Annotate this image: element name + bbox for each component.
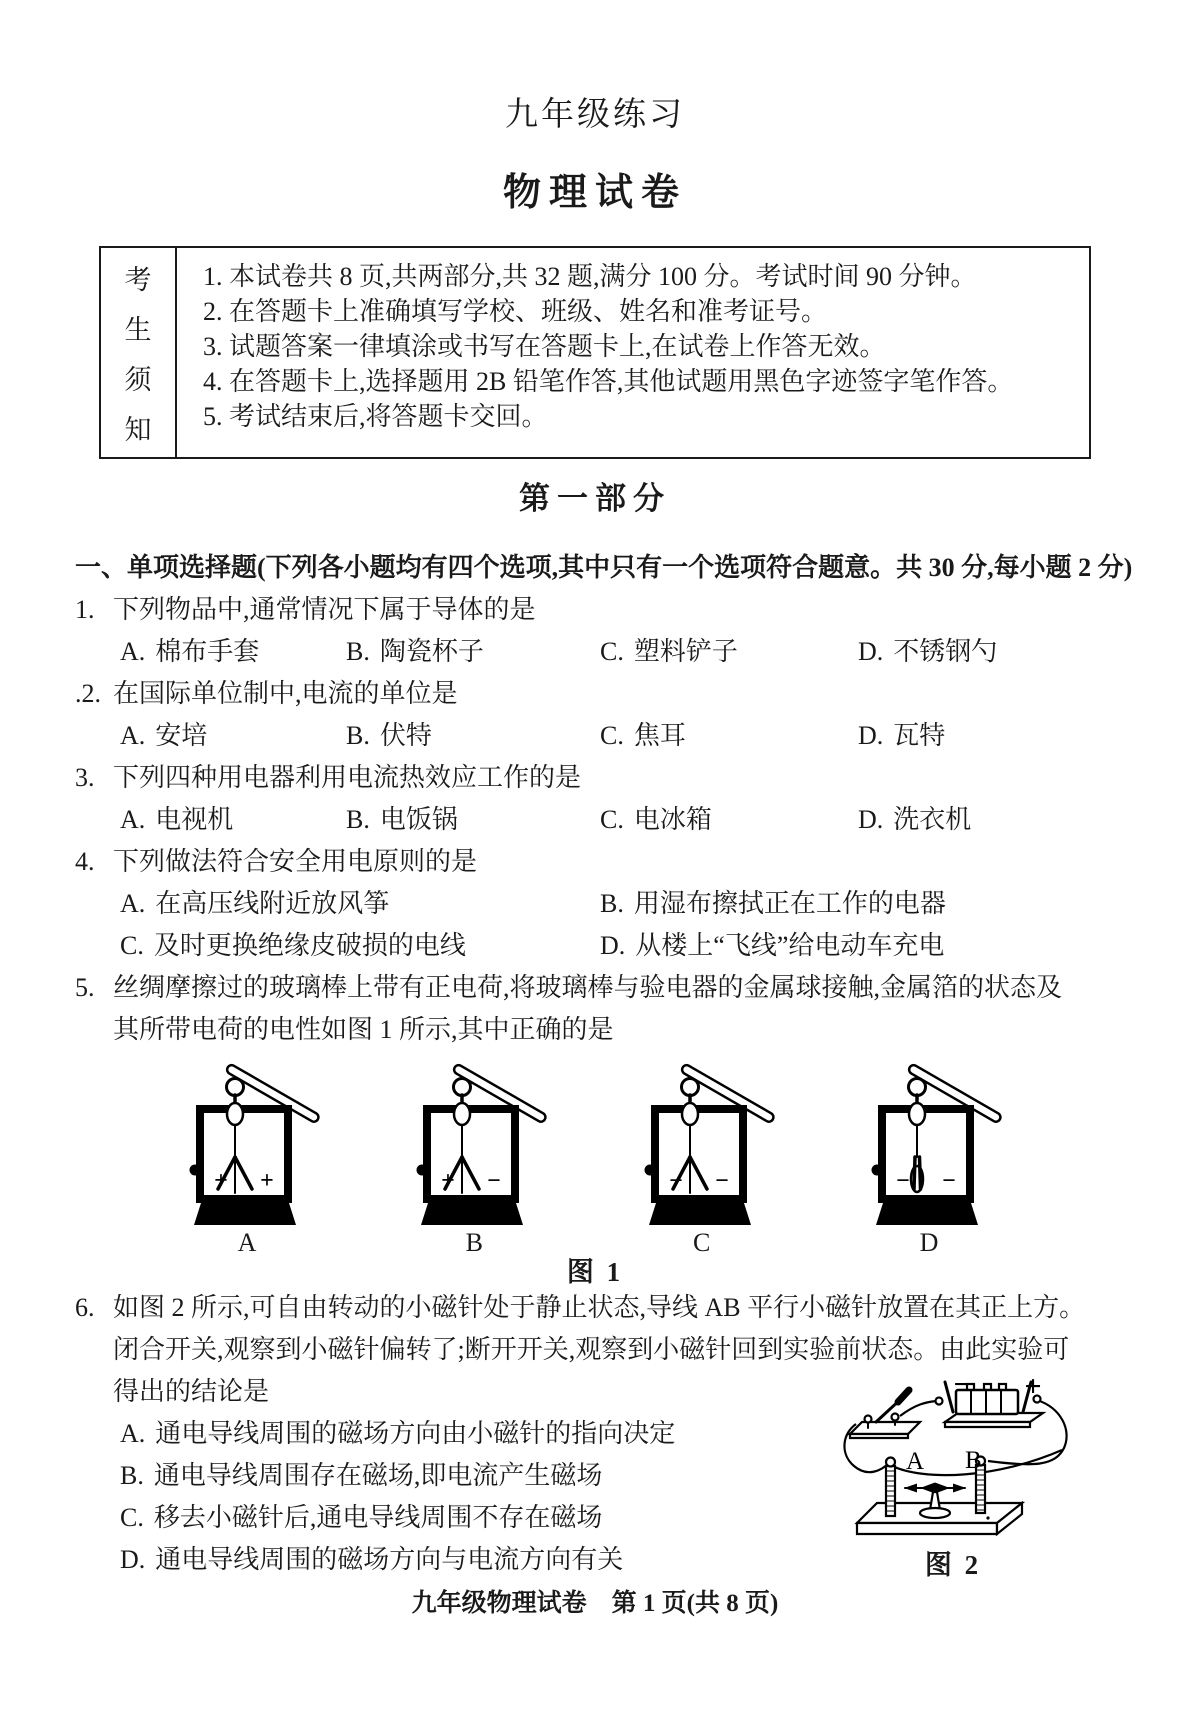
charge-sign-right: − xyxy=(942,1168,956,1194)
notice-item: 3. 试题答案一律填涂或书写在答题卡上,在试卷上作答无效。 xyxy=(203,329,1073,364)
pedestal xyxy=(876,1203,978,1225)
exam-title: 物理试卷 xyxy=(0,161,1190,216)
question-number: 4. xyxy=(75,841,113,883)
metal-ball xyxy=(454,1079,471,1096)
question-6-line2: 闭合开关,观察到小磁针偏转了;断开开关,观察到小磁针回到实验前状态。由此实验可 xyxy=(0,1329,1190,1371)
switch-base-top xyxy=(850,1422,920,1434)
metal-ball xyxy=(227,1079,244,1096)
question-number: 6. xyxy=(75,1287,113,1329)
charge-sign-left: − xyxy=(669,1168,683,1194)
needle-arrow-left xyxy=(904,1484,917,1493)
question-2: .2. 在国际单位制中,电流的单位是 xyxy=(0,673,1190,715)
electroscope-icon: + − xyxy=(415,1057,565,1229)
option-a: A.安培 xyxy=(120,715,346,757)
pedestal xyxy=(649,1203,751,1225)
figure-1-label-b: B xyxy=(415,1229,533,1257)
notice-side-char: 知 xyxy=(125,408,152,447)
battery-minus-label: − xyxy=(953,1370,970,1401)
question-1: 1. 下列物品中,通常情况下属于导体的是 xyxy=(0,589,1190,631)
option-c: C.塑料铲子 xyxy=(600,631,858,673)
notice-side-char: 生 xyxy=(125,308,152,347)
question-4: 4. 下列做法符合安全用电原则的是 xyxy=(0,841,1190,883)
question-2-options: A.安培 B.伏特 C.焦耳 D.瓦特 xyxy=(0,715,1190,757)
notice-item: 4. 在答题卡上,选择题用 2B 铅笔作答,其他试题用黑色字迹签字笔作答。 xyxy=(203,364,1073,399)
figure-1-caption: 图 1 xyxy=(0,1257,1190,1287)
metal-ball xyxy=(681,1079,698,1096)
question-number: .2. xyxy=(75,673,113,715)
post-b-label: B xyxy=(965,1447,982,1474)
notice-side-char: 须 xyxy=(125,358,152,397)
question-3-options: A.电视机 B.电饭锅 C.电冰箱 D.洗衣机 xyxy=(0,799,1190,841)
notice-item: 1. 本试卷共 8 页,共两部分,共 32 题,满分 100 分。考试时间 90… xyxy=(203,259,1073,294)
figure-1-label-a: A xyxy=(188,1229,306,1257)
electroscope-figure-d: − − D xyxy=(870,1057,1020,1257)
post-a-label: A xyxy=(906,1448,924,1475)
stopper xyxy=(682,1103,698,1125)
option-d: D.瓦特 xyxy=(858,715,1190,757)
section-title: 一、单项选择题(下列各小题均有四个选项,其中只有一个选项符合题意。共 30 分,… xyxy=(0,547,1190,589)
charge-sign-left: + xyxy=(441,1168,455,1194)
option-a: A.电视机 xyxy=(120,799,346,841)
question-text: 如图 2 所示,可自由转动的小磁针处于静止状态,导线 AB 平行小磁针放置在其正… xyxy=(113,1287,1085,1329)
stopper xyxy=(454,1103,470,1125)
figure-1-label-c: C xyxy=(643,1229,761,1257)
question-4-options-row1: A.在高压线附近放风筝 B.用湿布擦拭正在工作的电器 xyxy=(0,883,1190,925)
option-c: C.及时更换绝缘皮破损的电线 xyxy=(120,925,600,967)
side-knob xyxy=(871,1165,882,1176)
option-d: D.不锈钢勺 xyxy=(858,631,1190,673)
option-b: B.伏特 xyxy=(346,715,600,757)
figure-2-caption: 图 2 xyxy=(838,1550,1068,1580)
question-6: 6. 如图 2 所示,可自由转动的小磁针处于静止状态,导线 AB 平行小磁针放置… xyxy=(0,1287,1190,1329)
needle-arrow-right xyxy=(953,1484,966,1493)
option-b: B.陶瓷杯子 xyxy=(346,631,600,673)
side-knob xyxy=(644,1165,655,1176)
question-text: 下列物品中,通常情况下属于导体的是 xyxy=(113,589,536,631)
option-a: A.在高压线附近放风筝 xyxy=(120,883,600,925)
battery-plus-label: + xyxy=(1024,1370,1041,1403)
notice-body: 1. 本试卷共 8 页,共两部分,共 32 题,满分 100 分。考试时间 90… xyxy=(177,248,1089,457)
option-b: B.用湿布擦拭正在工作的电器 xyxy=(600,883,1190,925)
post-a-knob xyxy=(886,1458,895,1467)
question-text: 下列做法符合安全用电原则的是 xyxy=(113,841,477,883)
question-text: 下列四种用电器利用电流热效应工作的是 xyxy=(113,757,581,799)
electroscope-icon: + + xyxy=(188,1057,338,1229)
circuit-experiment-icon: − + A B xyxy=(838,1370,1150,1548)
charge-sign-right: + xyxy=(260,1168,274,1194)
charge-sign-right: − xyxy=(715,1168,729,1194)
part-one-heading: 第一部分 xyxy=(0,483,1190,515)
electroscope-icon: − − xyxy=(643,1057,793,1229)
option-d: D.洗衣机 xyxy=(858,799,1190,841)
switch-lever-handle xyxy=(898,1390,909,1402)
question-text: 丝绸摩擦过的玻璃棒上带有正电荷,将玻璃棒与验电器的金属球接触,金属箔的状态及 xyxy=(113,967,1062,1009)
question-text: 在国际单位制中,电流的单位是 xyxy=(113,673,458,715)
exam-paper-page: 九年级练习 物理试卷 考 生 须 知 1. 本试卷共 8 页,共两部分,共 32… xyxy=(0,0,1190,1722)
pedestal xyxy=(194,1203,296,1225)
battery-stand-front xyxy=(945,1422,1030,1427)
electroscope-icon: − − xyxy=(870,1057,1020,1229)
metal-ball xyxy=(908,1079,925,1096)
page-footer: 九年级物理试卷 第 1 页(共 8 页) xyxy=(0,1589,1190,1619)
base-board-dot xyxy=(986,1516,989,1519)
electroscope-figure-b: + − B xyxy=(415,1057,565,1257)
question-number: 5. xyxy=(75,967,113,1009)
wire-switch-to-battery xyxy=(900,1401,937,1416)
option-d: D.从楼上“飞线”给电动车充电 xyxy=(600,925,1190,967)
battery-bracket-left xyxy=(945,1382,953,1412)
pedestal xyxy=(421,1203,523,1225)
electroscope-figure-c: − − C xyxy=(643,1057,793,1257)
notice-side-label: 考 生 须 知 xyxy=(101,248,177,457)
examinee-notice-box: 考 生 须 知 1. 本试卷共 8 页,共两部分,共 32 题,满分 100 分… xyxy=(99,246,1091,459)
option-c: C.电冰箱 xyxy=(600,799,858,841)
question-number: 3. xyxy=(75,757,113,799)
figure-2: − + A B 图 2 xyxy=(838,1370,1150,1580)
switch-base-front xyxy=(850,1434,908,1438)
option-a: A.棉布手套 xyxy=(120,631,346,673)
notice-side-char: 考 xyxy=(125,258,152,297)
charge-sign-right: − xyxy=(487,1168,501,1194)
base-board-front xyxy=(857,1523,997,1534)
battery-terminal-left xyxy=(936,1398,943,1405)
question-4-options-row2: C.及时更换绝缘皮破损的电线 D.从楼上“飞线”给电动车充电 xyxy=(0,925,1190,967)
notice-item: 2. 在答题卡上准确填写学校、班级、姓名和准考证号。 xyxy=(203,294,1073,329)
question-1-options: A.棉布手套 B.陶瓷杯子 C.塑料铲子 D.不锈钢勺 xyxy=(0,631,1190,673)
practice-title: 九年级练习 xyxy=(0,88,1190,135)
switch-post xyxy=(892,1414,899,1421)
figure-1: + + A + − xyxy=(0,1057,1190,1257)
notice-item: 5. 考试结束后,将答题卡交回。 xyxy=(203,399,1073,434)
option-b: B.电饭锅 xyxy=(346,799,600,841)
question-3: 3. 下列四种用电器利用电流热效应工作的是 xyxy=(0,757,1190,799)
question-5-line2: 其所带电荷的电性如图 1 所示,其中正确的是 xyxy=(0,1009,1190,1051)
pivot-base xyxy=(920,1508,950,1518)
charge-sign-left: + xyxy=(214,1168,228,1194)
charge-sign-left: − xyxy=(896,1168,910,1194)
side-knob xyxy=(190,1165,201,1176)
figure-1-label-d: D xyxy=(870,1229,988,1257)
question-number: 1. xyxy=(75,589,113,631)
side-knob xyxy=(417,1165,428,1176)
stopper xyxy=(909,1103,925,1125)
stopper xyxy=(227,1103,243,1125)
switch-post xyxy=(865,1416,872,1423)
question-5: 5. 丝绸摩擦过的玻璃棒上带有正电荷,将玻璃棒与验电器的金属球接触,金属箔的状态… xyxy=(0,967,1190,1009)
option-c: C.焦耳 xyxy=(600,715,858,757)
electroscope-figure-a: + + A xyxy=(188,1057,338,1257)
